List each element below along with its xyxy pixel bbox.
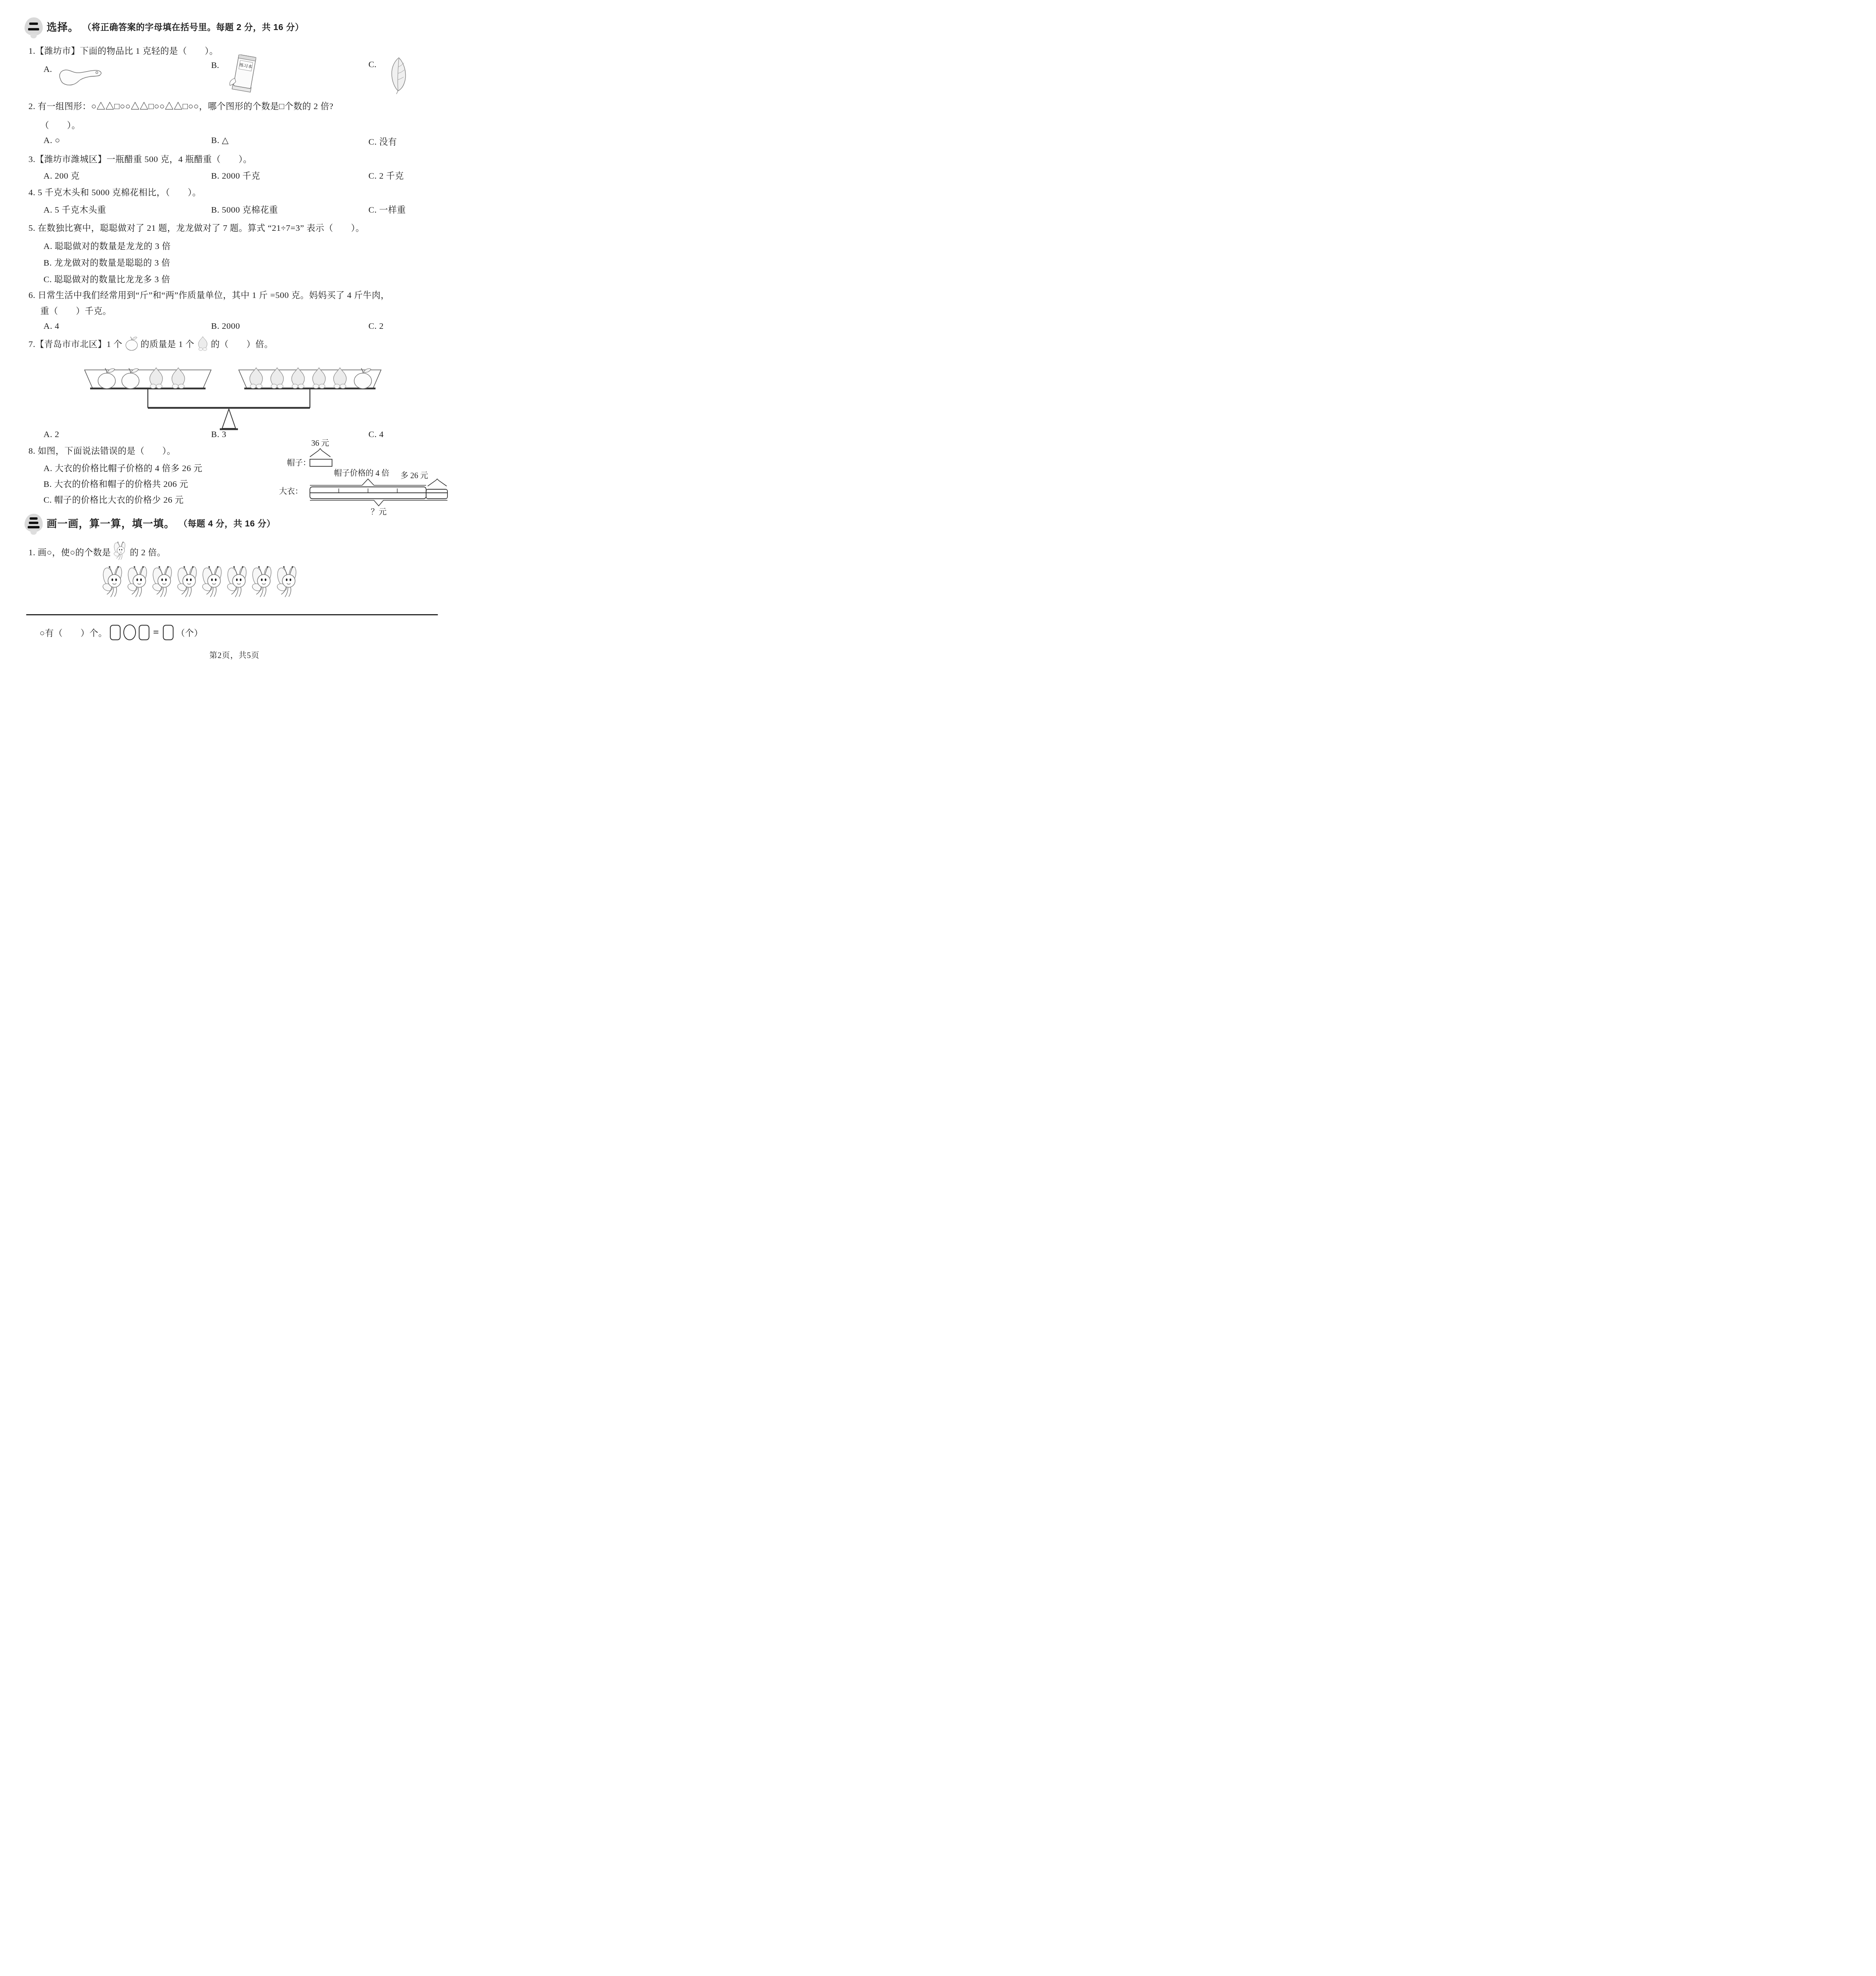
- q2-option-a: A. ○: [43, 135, 60, 145]
- exam-page: 选择。 （将正确答案的字母填在括号里。每题 2 分，共 16 分） 1.【潍坊市…: [0, 0, 469, 663]
- more-label: 多 26 元: [400, 471, 428, 480]
- notebook-icon: 练习本: [224, 55, 265, 94]
- q7-text-part2: 的质量是 1 个: [141, 338, 194, 350]
- q4-option-c: C. 一样重: [368, 203, 406, 215]
- bee-icon: [177, 564, 201, 602]
- price-bar-diagram: 36 元 帽子： 帽子价格的 4 倍 多 26 元 大衣： ？元: [277, 438, 462, 517]
- q5-option-a: A. 聪聪做对的数量是龙龙的 3 倍: [43, 239, 171, 252]
- times-label: 帽子价格的 4 倍: [334, 469, 389, 478]
- total-brace: [310, 500, 447, 506]
- operator-circle: [123, 624, 136, 640]
- section-two-marker-icon: [25, 17, 43, 36]
- leaf-icon: [386, 56, 412, 94]
- q7-text: 7.【青岛市市北区】1 个 的质量是 1 个 的（ ）倍。: [28, 336, 273, 351]
- spoon-icon: [56, 66, 104, 87]
- bee-icon: [127, 564, 151, 602]
- s3-q1-part2: 的 2 倍。: [130, 546, 166, 558]
- q2-text-line1: 2. 有一组图形：○△△□○○△△□○○△△□○○，哪个图形的个数是□个数的 2…: [28, 100, 333, 112]
- q3-option-b: B. 2000 千克: [211, 169, 260, 181]
- apple-icon: [125, 336, 138, 351]
- q1-text: 1.【潍坊市】下面的物品比 1 克轻的是（ ）。: [28, 44, 218, 57]
- divider-line: [26, 614, 438, 615]
- q4-option-b: B. 5000 克棉花重: [211, 203, 278, 215]
- s3-q1-text: 1. 画○，使○的个数是 的 2 倍。: [28, 541, 166, 563]
- q1-option-b-label: B.: [211, 60, 219, 70]
- q7-option-b: B. 3: [211, 429, 226, 439]
- q5-option-c: C. 聪聪做对的数量比龙龙多 3 倍: [43, 273, 170, 285]
- q7-text-part1: 7.【青岛市市北区】1 个: [28, 338, 123, 350]
- q5-option-b: B. 龙龙做对的数量是聪聪的 3 倍: [43, 256, 170, 268]
- q2-option-c: C. 没有: [368, 135, 397, 147]
- section3-subtitle: （每题 4 分，共 16 分）: [179, 517, 276, 529]
- page-footer: 第2页，共5页: [0, 649, 469, 660]
- s3-q1-part1: 1. 画○，使○的个数是: [28, 546, 111, 558]
- section3-header: 画一画，算一算，填一填。 （每题 4 分，共 16 分）: [25, 514, 276, 532]
- circle-count-text: ○有（ ）个。: [40, 626, 107, 639]
- hat-brace: [310, 449, 330, 457]
- q6-option-a: A. 4: [43, 321, 59, 331]
- section2-subtitle: （将正确答案的字母填在括号里。每题 2 分，共 16 分）: [83, 21, 304, 33]
- section2-title: 选择。: [47, 19, 79, 34]
- marker-bar: [28, 526, 40, 528]
- q7-text-part3: 的（ ）倍。: [211, 338, 274, 350]
- q4-text: 4. 5 千克木头和 5000 克棉花相比，（ ）。: [28, 186, 201, 198]
- marker-bar: [29, 522, 38, 524]
- answer-box: [163, 625, 174, 640]
- answer-box: [139, 625, 149, 640]
- q8-option-c: C. 帽子的价格比大衣的价格少 26 元: [43, 493, 184, 505]
- q6-text-line2: 重（ ）千克。: [40, 304, 111, 317]
- section-three-marker-icon: [25, 514, 43, 532]
- fill-in-equation-row: ○有（ ）个。 = （个）: [40, 624, 203, 640]
- q2-option-b: B. △: [211, 135, 229, 145]
- bee-icon: [276, 564, 300, 602]
- q3-option-c: C. 2 千克: [368, 169, 404, 181]
- q8-text: 8. 如图，下面说法错误的是（ ）。: [28, 444, 176, 456]
- bee-icon: [152, 564, 176, 602]
- hat-bar: [310, 459, 332, 466]
- bee-row: [102, 564, 300, 602]
- peach-icon: [197, 336, 209, 351]
- bee-icon: [102, 564, 126, 602]
- q6-option-c: C. 2: [368, 321, 384, 331]
- question-price-label: ？元: [371, 508, 387, 517]
- equals-sign: =: [152, 626, 160, 638]
- q7-option-a: A. 2: [43, 429, 59, 439]
- q3-text: 3.【潍坊市潍城区】一瓶醋重 500 克，4 瓶醋重（ ）。: [28, 153, 252, 165]
- answer-box: [110, 625, 121, 640]
- hat-label: 帽子：: [287, 458, 311, 468]
- fulcrum: [222, 409, 236, 428]
- q6-text-line1: 6. 日常生活中我们经常用到“斤”和“两”作质量单位，其中 1 斤 =500 克…: [28, 288, 389, 301]
- bee-icon: [251, 564, 276, 602]
- q5-text: 5. 在数独比赛中，聪聪做对了 21 题，龙龙做对了 7 题。算式 “21÷7=…: [28, 221, 364, 234]
- section2-header: 选择。 （将正确答案的字母填在括号里。每题 2 分，共 16 分）: [25, 17, 304, 36]
- more-brace: [428, 479, 447, 486]
- section3-title: 画一画，算一算，填一填。: [47, 516, 175, 530]
- q1-option-a-label: A.: [43, 64, 52, 74]
- q4-option-a: A. 5 千克木头重: [43, 203, 106, 215]
- bee-icon: [202, 564, 226, 602]
- q6-option-b: B. 2000: [211, 321, 240, 331]
- hat-price-label: 36 元: [311, 439, 329, 448]
- q8-option-a: A. 大衣的价格比帽子价格的 4 倍多 26 元: [43, 462, 202, 474]
- q2-text-line2: （ ）。: [40, 119, 81, 131]
- coat-label: 大衣：: [279, 487, 303, 496]
- marker-bar: [29, 23, 38, 25]
- q8-option-b: B. 大衣的价格和帽子的价格共 206 元: [43, 477, 188, 490]
- coat-bar-extra: [426, 489, 447, 499]
- unit-text: （个）: [176, 626, 203, 639]
- balance-scale-figure: [79, 364, 387, 432]
- bee-icon: [113, 541, 128, 563]
- bee-icon: [226, 564, 251, 602]
- q3-option-a: A. 200 克: [43, 169, 79, 181]
- q1-option-c-label: C.: [368, 59, 376, 70]
- marker-bar: [28, 28, 39, 30]
- marker-bar: [30, 517, 38, 520]
